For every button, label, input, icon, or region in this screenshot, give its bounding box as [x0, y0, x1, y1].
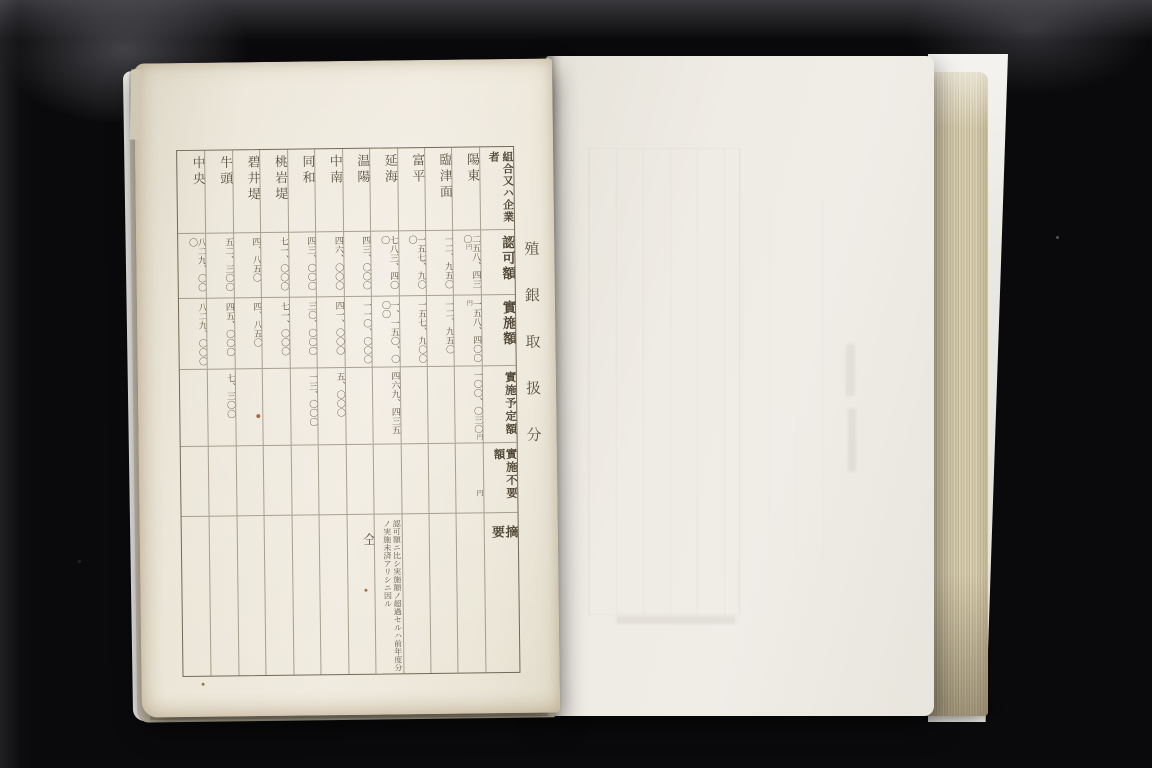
cell-tekiyo: [265, 515, 293, 675]
org-name: 陽東: [452, 147, 479, 229]
ledger-table: 中央八二九、〇〇〇八二九、〇〇〇牛頭五二、三〇〇四五、〇〇〇七、三〇〇碧井堤四、…: [176, 146, 520, 677]
cell-tekiyo: [320, 514, 348, 674]
cell-yotei: 五、〇〇〇: [318, 367, 345, 444]
org-name: 桃岩堤: [260, 150, 287, 232]
cell-yotei: 一〇〇、〇三〇円: [455, 365, 482, 442]
left-page-ledger: 殖銀取扱分 中央八二九、〇〇〇八二九、〇〇〇牛頭五二、三〇〇四五、〇〇〇七、三〇…: [134, 58, 560, 717]
cell-tekiyo: [429, 513, 457, 673]
currency-unit: 円: [475, 433, 482, 440]
cell-tekiyo: 認可額ニ比シ実施額ノ超過セルハ前年度分ノ実施未済アリシニ因ル: [375, 513, 403, 673]
paper-speck: [202, 683, 205, 686]
cell-fuyou: [319, 444, 346, 514]
cell-jisshi: 四五、〇〇〇: [207, 297, 234, 368]
cell-yotei: [428, 366, 455, 443]
cell-jisshi: 一五七、九〇〇: [399, 295, 426, 366]
org-name: 碧井堤: [233, 150, 260, 232]
cell-tekiyo: [182, 516, 211, 676]
org-name: 同和: [288, 149, 315, 231]
right-page-blank: [546, 56, 934, 716]
field-label-yotei: 實施予定額: [483, 365, 517, 442]
cell-yotei: [400, 366, 427, 443]
bleed-through-smudge: [848, 408, 856, 472]
cell-ninka: 八二九、〇〇〇: [178, 233, 206, 298]
paper-speck: [364, 589, 367, 592]
ledger-photo: 殖銀取扱分 中央八二九、〇〇〇八二九、〇〇〇牛頭五二、三〇〇四五、〇〇〇七、三〇…: [0, 0, 1152, 768]
bleed-through-columns: [742, 198, 834, 558]
cell-fuyou: [429, 443, 456, 513]
cell-fuyou: [209, 445, 236, 515]
org-name: 富平: [398, 148, 425, 230]
cell-fuyou: [264, 445, 291, 515]
cell-fuyou: [181, 446, 209, 516]
field-label-ninka: 認可額: [481, 229, 515, 294]
cell-jisshi: 一五八、四〇〇円: [454, 294, 481, 365]
bleed-through-smudge: [846, 344, 855, 396]
cell-yotei: [263, 368, 290, 445]
cell-jisshi: 八二九、〇〇〇: [179, 298, 207, 369]
org-name: 中南: [315, 149, 342, 231]
dust-speck: [1056, 236, 1059, 239]
cell-ninka: 七一、〇〇〇: [261, 232, 288, 297]
cell-jisshi: 一二、九五〇: [427, 295, 454, 366]
cell-jisshi: 一、一五〇、〇〇〇: [372, 295, 399, 366]
field-label-jisshi: 實施額: [482, 294, 516, 365]
cell-ninka: 七八三、四〇〇: [371, 230, 398, 295]
cell-fuyou: 円: [456, 442, 483, 512]
cell-ninka: 一五七、九〇〇: [399, 230, 426, 295]
cell-yotei: [180, 369, 208, 446]
peeking-sheet-corner: [130, 69, 142, 139]
cell-jisshi: 一一〇、〇〇〇: [345, 296, 372, 367]
cell-jisshi: 四一、〇〇〇: [317, 296, 344, 367]
cell-yotei: 四六九、四三五: [373, 366, 400, 443]
entity-header: 組合又ハ企業者: [480, 147, 514, 229]
cell-tekiyo: [237, 515, 265, 675]
cell-ninka: 一二、九五〇: [426, 230, 453, 295]
bleed-through-table: [588, 148, 740, 615]
cell-fuyou: [291, 444, 318, 514]
frame-left-reflection: [0, 0, 34, 768]
cell-fuyou: [374, 443, 401, 513]
cell-jisshi: 四、八五〇: [235, 297, 262, 368]
currency-unit: 円: [465, 243, 472, 250]
org-name: 牛頭: [206, 150, 233, 232]
org-name: 臨津面: [425, 148, 452, 230]
cell-fuyou: [346, 444, 373, 514]
org-name: 温陽: [343, 149, 370, 231]
cell-yotei: [236, 368, 263, 445]
cell-tekiyo: [292, 514, 320, 674]
field-header-column: 組合又ハ企業者認可額實施額實施予定額實施不要額摘要: [479, 147, 519, 672]
cell-yotei: 七、三〇〇: [208, 368, 235, 445]
cell-fuyou: [237, 445, 264, 515]
dust-speck: [78, 560, 81, 563]
bleed-through-smudge: [616, 616, 736, 624]
cell-ninka: 四三、〇〇〇: [344, 231, 371, 296]
page-title: 殖銀取扱分: [520, 241, 545, 541]
cell-jisshi: 七一、〇〇〇: [262, 297, 289, 368]
org-name: 中央: [177, 151, 205, 233]
cell-tekiyo: [402, 513, 430, 673]
cell-yotei: 一三、〇〇〇: [290, 367, 317, 444]
cell-ninka: 四三、〇〇〇: [289, 231, 316, 296]
currency-unit: 円: [465, 299, 472, 306]
cell-yotei: [345, 367, 372, 444]
paper-speck: [256, 414, 260, 418]
field-label-tekiyo: 摘要: [484, 512, 519, 672]
cell-ninka: 四六、〇〇〇: [316, 231, 343, 296]
cell-ninka: 四、八五〇: [234, 232, 261, 297]
cell-jisshi: 三〇、〇〇〇: [290, 296, 317, 367]
cell-tekiyo: [210, 515, 238, 675]
cell-tekiyo: [457, 512, 485, 672]
org-name: 延海: [370, 148, 397, 230]
field-label-fuyou: 實施不要額: [483, 442, 517, 512]
cell-ninka: 二五八、四三〇円: [453, 229, 480, 294]
cell-fuyou: [401, 443, 428, 513]
cell-tekiyo: 仝: [347, 514, 375, 674]
cell-ninka: 五二、三〇〇: [207, 232, 234, 297]
